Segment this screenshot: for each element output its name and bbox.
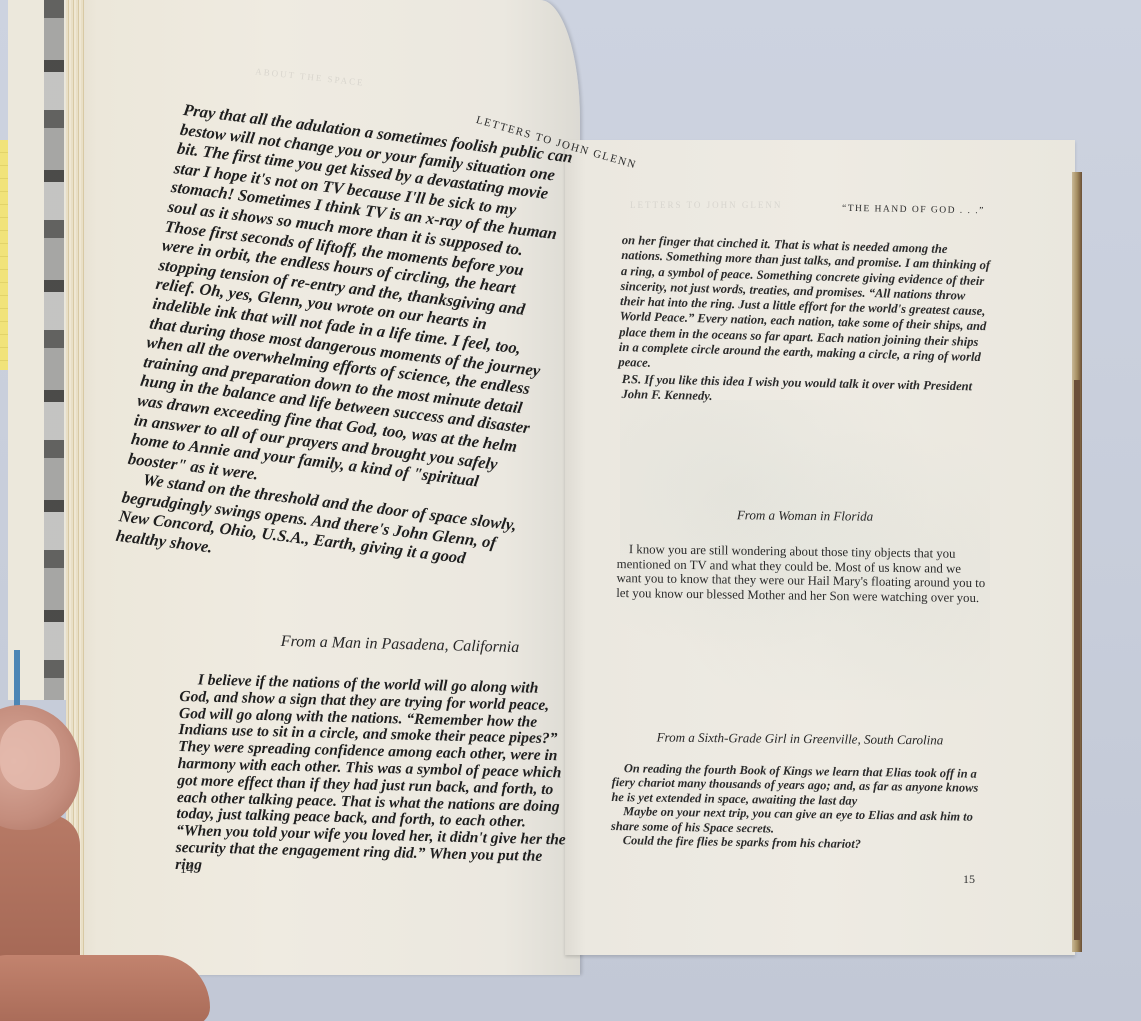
ghost-running-head: LETTERS TO JOHN GLENN	[630, 200, 782, 210]
letter-body: I believe if the nations of the world wi…	[175, 672, 570, 883]
letter-continued-text: on her finger that cinched it. That is w…	[618, 233, 992, 381]
paragraph: On reading the fourth Book of Kings we l…	[611, 761, 982, 810]
letter-heading: From a Woman in Florida	[690, 507, 920, 525]
page-number: 14	[180, 861, 193, 877]
page-number: 15	[963, 872, 975, 887]
finger	[0, 955, 210, 1021]
paragraph: I believe if the nations of the world wi…	[175, 672, 570, 883]
paragraph: Pray that all the adulation a sometimes …	[127, 100, 577, 516]
paragraph: I know you are still wondering about tho…	[616, 542, 987, 606]
letter-continued-text: Pray that all the adulation a sometimes …	[114, 100, 577, 594]
book-cover-edge	[1074, 380, 1080, 940]
letter-body: On reading the fourth Book of Kings we l…	[611, 761, 982, 853]
thumbnail	[0, 720, 60, 790]
paragraph: on her finger that cinched it. That is w…	[618, 233, 992, 381]
letter-body: I know you are still wondering about tho…	[616, 542, 987, 606]
cover-photo-strip	[44, 0, 64, 700]
blue-object-edge	[14, 650, 20, 710]
